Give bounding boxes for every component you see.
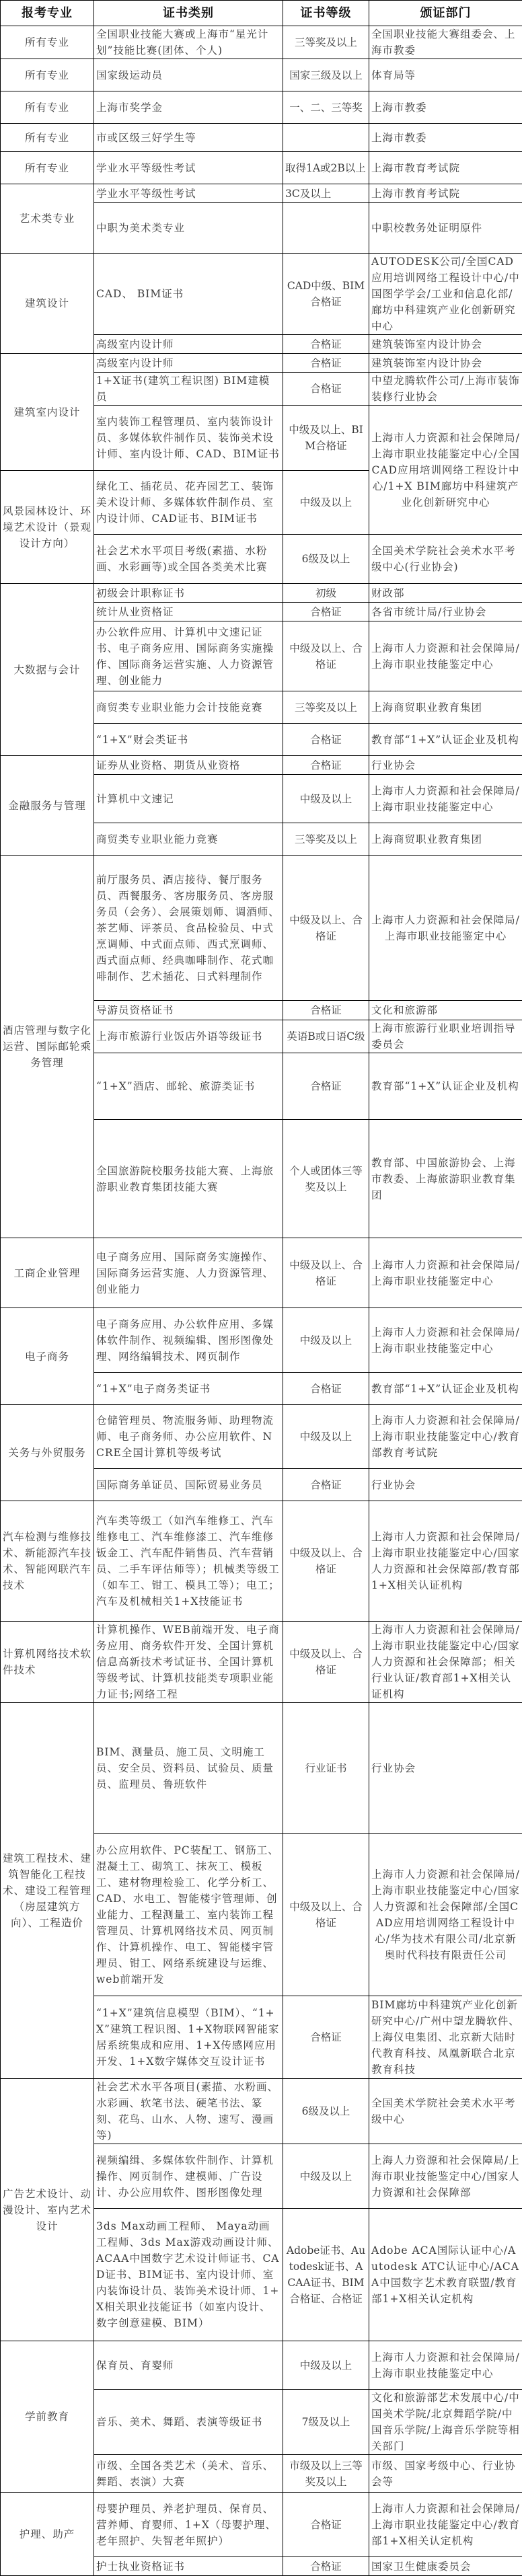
table-row: 酒店管理与数字化运营、国际邮轮乘务管理 前厅服务员、酒店接待、餐厅服务员、西餐服… <box>1 856 522 1001</box>
level-cell: 中级及以上、合格证 <box>283 1238 369 1308</box>
department-cell: 上海人力资源和社会保障局/上海市职业技能鉴定中心/国家人力资源和社会保障部 <box>369 2144 522 2209</box>
category-cell: 高级室内设计师 <box>94 335 283 354</box>
category-cell: 国际商务单证员、国际贸易业务员 <box>94 1469 283 1501</box>
level-cell: 市级及以上三等奖及以上 <box>283 2455 369 2493</box>
department-cell: 国家卫生健康委员会 <box>369 2557 522 2576</box>
category-cell: 办公应用软件、PC装配工、钢筋工、混凝土工、砌筑工、抹灰工、模板工、建材物理检验… <box>94 1834 283 1996</box>
level-cell: CAD中级、BIM合格证 <box>283 254 369 335</box>
level-cell: 中级及以上、合格证 <box>283 621 369 691</box>
category-cell: 绿化工、插花员、花卉园艺工、装饰美术设计师、多媒体软件制作员、室内设计师、CAD… <box>94 471 283 535</box>
major-cell: 所有专业 <box>1 26 94 59</box>
table-row: 金融服务与管理 证券从业资格、期货从业资格 合格证 行业协会 <box>1 756 522 775</box>
level-cell: 合格证 <box>283 335 369 354</box>
table-row: 计算机网络技术软件技术 计算机操作、WEB前端开发、电子商务应用、商务软件开发、… <box>1 1622 522 1703</box>
major-cell: 所有专业 <box>1 91 94 124</box>
category-cell: 3ds Max动画工程师、 Maya动画工程师、3ds Max游戏动画设计师、A… <box>94 2209 283 2341</box>
table-row: 关务与外贸服务 仓储管理员、物流服务师、助理物流师、电子商务师、办公应用软件、N… <box>1 1405 522 1469</box>
table-row: 广告艺术设计、动漫设计、室内艺术设计 社会艺术水平各项目(素描、水粉画、水彩画、… <box>1 2079 522 2144</box>
department-cell: 上海市人力资源和社会保障局/上海市职业技能鉴定中心/国家人力资源和社会保障部/全… <box>369 1834 522 1996</box>
category-cell: 计算机中文速记 <box>94 775 283 823</box>
major-cell: 计算机网络技术软件技术 <box>1 1622 94 1703</box>
category-cell: 中职为美术类专业 <box>94 203 283 254</box>
category-cell: 母婴护理员、养老护理员、保育员、营养师、育婴师、1+X（母婴护理、老年照护、失智… <box>94 2493 283 2557</box>
department-cell: 上海市人力资源和社会保障局/上海市职业技能鉴定中心/国家人力资源和社会保障部；相… <box>369 1622 522 1703</box>
category-cell: 计算机操作、WEB前端开发、电子商务应用、商务软件开发、全国计算机信息高新技术考… <box>94 1622 283 1703</box>
table-row: 电子商务 电子商务应用、办公软件应用、多媒体软件制作、视频编辑、图形图像处理、网… <box>1 1308 522 1373</box>
table-header-row: 报考专业 证书类别 证书等级 颁证部门 <box>1 1 522 26</box>
category-cell: 上海市奖学金 <box>94 91 283 124</box>
level-cell: 国家三级及以上 <box>283 59 369 91</box>
certificate-table: 报考专业 证书类别 证书等级 颁证部门 所有专业 全国职业技能大赛或上海市“星光… <box>0 0 522 2576</box>
department-cell: AUTODESK公司/全国CAD应用培训网络工程设计中心/中国图学学会/工业和信… <box>369 254 522 335</box>
table-row: 大数据与会计 初级会计职称证书 初级 财政部 <box>1 584 522 603</box>
department-cell: 行业协会 <box>369 1703 522 1834</box>
major-cell: 学前教育 <box>1 2341 94 2493</box>
category-cell: 仓储管理员、物流服务师、助理物流师、电子商务师、办公应用软件、NCRE全国计算机… <box>94 1405 283 1469</box>
department-cell: 上海商贸职业教育集团 <box>369 823 522 856</box>
level-cell: 中级及以上 <box>283 1308 369 1373</box>
table-row: 所有专业 上海市奖学金 一、二、三等奖 上海市教委 <box>1 91 522 124</box>
level-cell: 取得1A或2B以上 <box>283 152 369 184</box>
level-cell: 3C及以上 <box>283 184 369 203</box>
category-cell: 保育员、育婴师 <box>94 2341 283 2390</box>
table-row: 所有专业 全国职业技能大赛或上海市“星光计划”技能比赛(团体、个人) 三等奖及以… <box>1 26 522 59</box>
level-cell: 中级及以上 <box>283 2144 369 2209</box>
major-cell: 大数据与会计 <box>1 584 94 756</box>
department-cell: 上海市教育考试院 <box>369 152 522 184</box>
level-cell <box>283 124 369 152</box>
category-cell: 商贸类专业职业能力竞赛 <box>94 823 283 856</box>
department-cell: 上海市人力资源和社会保障局/上海市职业技能鉴定中心 <box>369 856 522 1001</box>
category-cell: “1+X”建筑信息模型（BIM）、“1+X”建筑工程识图、1+X物联网智能家居系… <box>94 1996 283 2079</box>
department-cell: 教育部、中国旅游协会、上海市教委、上海旅游职业教育集团 <box>369 1120 522 1238</box>
department-cell: Adobe ACA国际认证中心/Autodesk ATC认证中心/ACAA中国数… <box>369 2209 522 2341</box>
department-cell: 建筑装饰室内设计协会 <box>369 354 522 373</box>
level-cell: 合格证 <box>283 1053 369 1120</box>
header-category: 证书类别 <box>94 1 283 26</box>
category-cell: 统计从业资格证 <box>94 603 283 621</box>
header-department: 颁证部门 <box>369 1 522 26</box>
category-cell: 初级会计职称证书 <box>94 584 283 603</box>
level-cell: 合格证 <box>283 354 369 373</box>
department-cell: 上海市人力资源和社会保障局/上海市职业技能鉴定中心 <box>369 1238 522 1308</box>
department-cell: 教育部“1+X”认证企业及机构 <box>369 1373 522 1405</box>
header-level: 证书等级 <box>283 1 369 26</box>
department-cell: 上海市人力资源和社会保障局/上海市职业技能鉴定中心 <box>369 2341 522 2390</box>
level-cell: 合格证 <box>283 2557 369 2576</box>
category-cell: 视频编缉、多媒体软件制作、计算机操作、网页制作、建模师、广告设计、办公应用软件、… <box>94 2144 283 2209</box>
category-cell: “1+X”财会类证书 <box>94 724 283 756</box>
table-row: 护理、助产 母婴护理员、养老护理员、保育员、营养师、育婴师、1+X（母婴护理、老… <box>1 2493 522 2557</box>
department-cell: 文化和旅游部 <box>369 1001 522 1020</box>
table-row: 建筑工程技术、建筑智能化工程技术、建设工程管理（房屋建筑方向）、工程造价 BIM… <box>1 1703 522 1834</box>
level-cell: 中级及以上、BIM合格证 <box>283 406 369 471</box>
major-cell: 艺术类专业 <box>1 184 94 254</box>
department-cell: 全国美术学院社会美术水平考级中心 <box>369 2079 522 2144</box>
department-cell: 上海市人力资源和社会保障局/上海市职业技能鉴定中心/教育部1+X相关认定机构 <box>369 2493 522 2557</box>
department-cell: 上海市人力资源和社会保障局/上海市职业技能鉴定中心 <box>369 775 522 823</box>
department-cell: 各省市统计局/行业协会 <box>369 603 522 621</box>
level-cell: 中级及以上 <box>283 471 369 535</box>
level-cell: 中级及以上 <box>283 2341 369 2390</box>
table-row: 学前教育 保育员、育婴师 中级及以上 上海市人力资源和社会保障局/上海市职业技能… <box>1 2341 522 2390</box>
table-row: 汽车检测与维修技术、新能源汽车技术、智能网联汽车技术 汽车类等级工（如汽车维修工… <box>1 1501 522 1622</box>
department-cell: 上海市教委 <box>369 91 522 124</box>
level-cell: 7级及以上 <box>283 2390 369 2455</box>
category-cell: 全国职业技能大赛或上海市“星光计划”技能比赛(团体、个人) <box>94 26 283 59</box>
category-cell: 市或区级三好学生等 <box>94 124 283 152</box>
department-cell: BIM廊坊中科建筑产业化创新研究中心/广州中望龙腾软件、上海仪电集团、北京新大陆… <box>369 1996 522 2079</box>
department-cell: 全国美术学院社会美术水平考级中心(行业协会) <box>369 535 522 584</box>
major-cell: 所有专业 <box>1 59 94 91</box>
major-cell: 护理、助产 <box>1 2493 94 2576</box>
department-cell: 教育部“1+X”认证企业及机构 <box>369 1053 522 1120</box>
category-cell: 上海市旅游行业饭店外语等级证书 <box>94 1020 283 1053</box>
level-cell: 合格证 <box>283 1469 369 1501</box>
level-cell: 合格证 <box>283 724 369 756</box>
department-cell: 上海市人力资源和社会保障局/上海市职业技能鉴定中心 <box>369 621 522 691</box>
major-cell: 建筑工程技术、建筑智能化工程技术、建设工程管理（房屋建筑方向）、工程造价 <box>1 1703 94 2079</box>
category-cell: 证券从业资格、期货从业资格 <box>94 756 283 775</box>
header-major: 报考专业 <box>1 1 94 26</box>
department-cell: 中望龙腾软件公司/上海市装饰装修行业协会 <box>369 373 522 406</box>
level-cell: 三等奖及以上 <box>283 823 369 856</box>
department-cell: 上海市旅游行业职业培训指导委员会 <box>369 1020 522 1053</box>
level-cell: 初级 <box>283 584 369 603</box>
level-cell: 中级及以上、合格证 <box>283 1622 369 1703</box>
major-cell: 广告艺术设计、动漫设计、室内艺术设计 <box>1 2079 94 2341</box>
major-cell: 建筑室内设计 <box>1 354 94 471</box>
category-cell: “1+X”电子商务类证书 <box>94 1373 283 1405</box>
department-cell: 教育部“1+X”认证企业及机构 <box>369 724 522 756</box>
category-cell: “1+X”酒店、邮轮、旅游类证书 <box>94 1053 283 1120</box>
category-cell: 导游员资格证书 <box>94 1001 283 1020</box>
category-cell: BIM、测量员、施工员、文明施工员、安全员、资料员、试验员、质量员、监理员、鲁班… <box>94 1703 283 1834</box>
department-cell: 上海市人力资源和社会保障局/上海市职业技能鉴定中心/全国CAD应用培训网络工程设… <box>369 406 522 535</box>
category-cell: 室内装饰工程管理员、室内装饰设计员、多媒体软件制作员、装饰美术设计师、室内设计师… <box>94 406 283 471</box>
level-cell: 一、二、三等奖 <box>283 91 369 124</box>
department-cell: 中职校教务处证明原件 <box>369 203 522 254</box>
category-cell: 社会艺术水平各项目(素描、水粉画、水彩画、软笔书法、硬笔书法、篆刻、花鸟、山水、… <box>94 2079 283 2144</box>
category-cell: 学业水平等级性考试 <box>94 152 283 184</box>
level-cell: 中级及以上 <box>283 775 369 823</box>
department-cell: 全国职业技能大赛组委会、上海市教委 <box>369 26 522 59</box>
level-cell: 中级及以上 <box>283 1405 369 1469</box>
level-cell: 合格证 <box>283 1373 369 1405</box>
department-cell: 体育局等 <box>369 59 522 91</box>
major-cell: 电子商务 <box>1 1308 94 1405</box>
level-cell: 6级及以上 <box>283 535 369 584</box>
level-cell: 合格证 <box>283 373 369 406</box>
level-cell: 个人或团体三等奖及以上 <box>283 1120 369 1238</box>
department-cell: 建筑装饰室内设计协会 <box>369 335 522 354</box>
major-cell: 金融服务与管理 <box>1 756 94 856</box>
category-cell: 全国旅游院校服务技能大赛、上海旅游职业教育集团技能大赛 <box>94 1120 283 1238</box>
table-row: 艺术类专业 学业水平等级性考试 3C及以上 上海市教育考试院 <box>1 184 522 203</box>
category-cell: 前厅服务员、酒店接待、餐厅服务员、西餐服务、客房服务员、客房服务员（会务）、会展… <box>94 856 283 1001</box>
category-cell: 高级室内设计师 <box>94 354 283 373</box>
major-cell: 所有专业 <box>1 152 94 184</box>
category-cell: 社会艺术水平项目考级(素描、水粉画、水彩画等)或全国各类美术比赛 <box>94 535 283 584</box>
category-cell: 商贸类专业职业能力会计技能竞赛 <box>94 691 283 724</box>
department-cell: 上海市人力资源和社会保障局/上海市职业技能鉴定中心/国家人力资源和社会保障部/教… <box>369 1501 522 1622</box>
category-cell: 电子商务应用、办公软件应用、多媒体软件制作、视频编辑、图形图像处理、网络编辑技术… <box>94 1308 283 1373</box>
major-cell: 风景园林设计、环境艺术设计（景观设计方向） <box>1 471 94 584</box>
table-row: 工商企业管理 电子商务应用、国际商务实施操作、国际商务运营实施、人力资源管理、创… <box>1 1238 522 1308</box>
department-cell: 上海市人力资源和社会保障局/上海市职业技能鉴定中心 <box>369 1308 522 1373</box>
category-cell: 汽车类等级工（如汽车维修工、汽车维修电工、汽车维修漆工、汽车维修钣金工、汽车配件… <box>94 1501 283 1622</box>
level-cell: 英语B或日语C级 <box>283 1020 369 1053</box>
major-cell: 汽车检测与维修技术、新能源汽车技术、智能网联汽车技术 <box>1 1501 94 1622</box>
category-cell: 1+X证书(建筑工程识图) BIM建模员 <box>94 373 283 406</box>
department-cell: 市级、国家考级中心、行业协会等 <box>369 2455 522 2493</box>
level-cell <box>283 203 369 254</box>
table-row: 所有专业 国家级运动员 国家三级及以上 体育局等 <box>1 59 522 91</box>
department-cell: 文化和旅游部艺术发展中心/中国美术学院/北京舞蹈学院/中国音乐学院/上海音乐学院… <box>369 2390 522 2455</box>
level-cell: 6级及以上 <box>283 2079 369 2144</box>
category-cell: 护士执业资格证书 <box>94 2557 283 2576</box>
department-cell: 上海商贸职业教育集团 <box>369 691 522 724</box>
table-row: 建筑室内设计 高级室内设计师 合格证 建筑装饰室内设计协会 <box>1 354 522 373</box>
level-cell: 行业证书 <box>283 1703 369 1834</box>
category-cell: 电子商务应用、国际商务实施操作、国际商务运营实施、人力资源管理、创业能力 <box>94 1238 283 1308</box>
level-cell: 中级及以上、合格证 <box>283 856 369 1001</box>
table-row: 所有专业 学业水平等级性考试 取得1A或2B以上 上海市教育考试院 <box>1 152 522 184</box>
level-cell: 三等奖及以上 <box>283 26 369 59</box>
major-cell: 所有专业 <box>1 124 94 152</box>
department-cell: 行业协会 <box>369 1469 522 1501</box>
level-cell: 合格证 <box>283 756 369 775</box>
department-cell: 上海市人力资源和社会保障局/上海市职业技能鉴定中心/教育部教育考试院 <box>369 1405 522 1469</box>
category-cell: 办公软件应用、计算机中文速记证书、电子商务应用、国际商务实施操作、国际商务运营实… <box>94 621 283 691</box>
major-cell: 关务与外贸服务 <box>1 1405 94 1501</box>
level-cell: 三等奖及以上 <box>283 691 369 724</box>
table-row: 所有专业 市或区级三好学生等 上海市教委 <box>1 124 522 152</box>
category-cell: 音乐、美术、舞蹈、表演等级证书 <box>94 2390 283 2455</box>
major-cell: 酒店管理与数字化运营、国际邮轮乘务管理 <box>1 856 94 1238</box>
department-cell: 上海市教委 <box>369 124 522 152</box>
category-cell: CAD、 BIM证书 <box>94 254 283 335</box>
level-cell: 合格证 <box>283 1001 369 1020</box>
major-cell: 工商企业管理 <box>1 1238 94 1308</box>
level-cell: 中级及以上、合格证 <box>283 1834 369 1996</box>
level-cell: Adobe证书、Autodesk证书、ACAA证书、BIM合格证、合格证 <box>283 2209 369 2341</box>
department-cell: 行业协会 <box>369 756 522 775</box>
level-cell: 中级及以上、合格证 <box>283 1501 369 1622</box>
category-cell: 国家级运动员 <box>94 59 283 91</box>
level-cell: 合格证 <box>283 603 369 621</box>
major-cell: 建筑设计 <box>1 254 94 354</box>
department-cell: 上海市教育考试院 <box>369 184 522 203</box>
table-row: 建筑设计 CAD、 BIM证书 CAD中级、BIM合格证 AUTODESK公司/… <box>1 254 522 335</box>
level-cell: 合格证 <box>283 2493 369 2557</box>
category-cell: 学业水平等级性考试 <box>94 184 283 203</box>
department-cell: 财政部 <box>369 584 522 603</box>
level-cell: 合格证 <box>283 1996 369 2079</box>
category-cell: 市级、全国各类艺术（美术、音乐、舞蹈、表演）大赛 <box>94 2455 283 2493</box>
